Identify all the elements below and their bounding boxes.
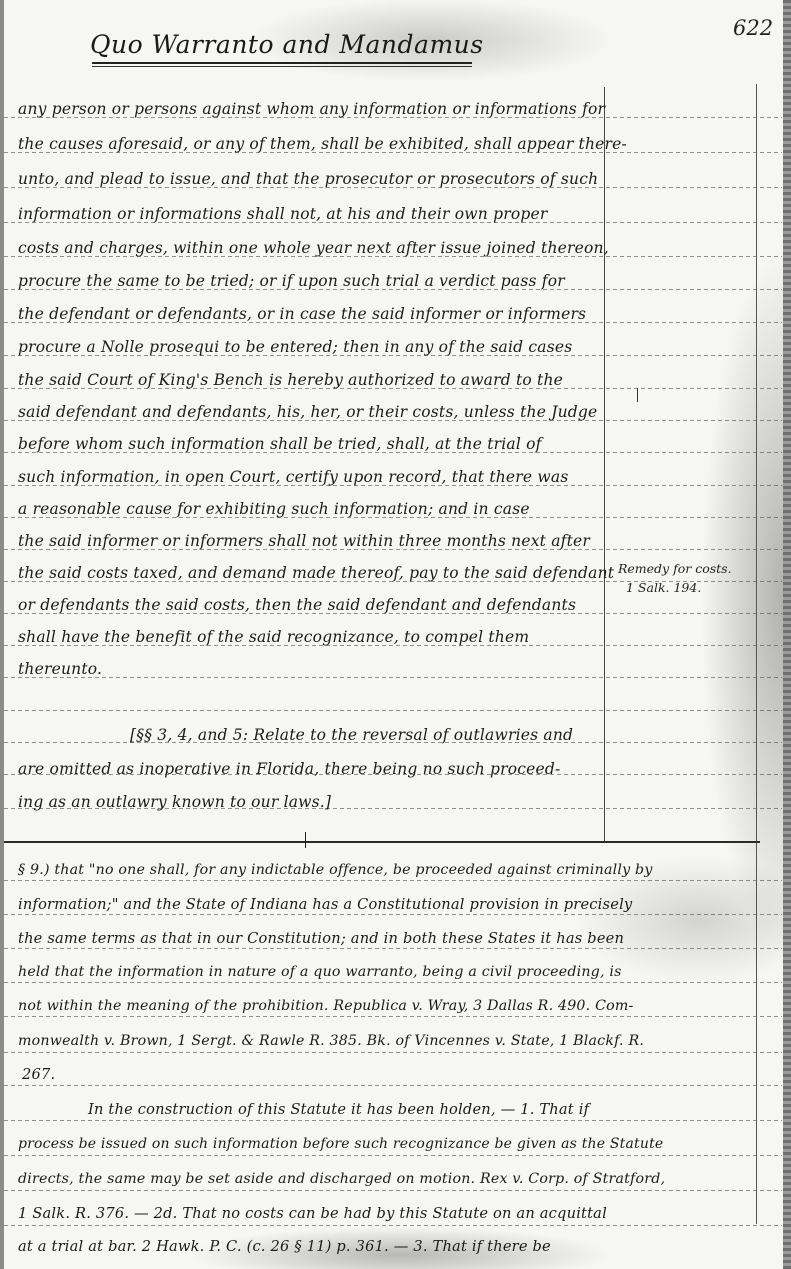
right-border-line	[756, 84, 757, 1224]
page-title: Quo Warranto and Mandamus	[90, 30, 484, 59]
section-divider	[4, 841, 760, 843]
text-line: before whom such information shall be tr…	[18, 435, 542, 453]
margin-column-line	[604, 87, 605, 842]
text-line: such information, in open Court, certify…	[18, 468, 568, 486]
manuscript-page: Quo Warranto and Mandamus 622 any person…	[0, 0, 791, 1269]
text-line: at a trial at bar. 2 Hawk. P. C. (c. 26 …	[18, 1238, 551, 1255]
text-line: any person or persons against whom any i…	[18, 100, 605, 118]
text-line: information;" and the State of Indiana h…	[18, 896, 632, 913]
margin-note-remedy: Remedy for costs.	[618, 561, 732, 576]
text-line: not within the meaning of the prohibitio…	[18, 998, 634, 1014]
omitted-sections-note: are omitted as inoperative in Florida, t…	[18, 760, 561, 778]
divider-tick-mark	[305, 832, 306, 848]
text-line: In the construction of this Statute it h…	[88, 1101, 589, 1118]
text-line: the said costs taxed, and demand made th…	[18, 564, 614, 582]
text-line: 267.	[22, 1066, 55, 1083]
text-line: procure the same to be tried; or if upon…	[18, 272, 565, 290]
text-line: the same terms as that in our Constituti…	[18, 930, 624, 947]
scan-left-edge	[0, 0, 4, 1269]
scan-right-edge	[783, 0, 791, 1269]
page-number: 622	[733, 16, 773, 40]
text-line: directs, the same may be set aside and d…	[18, 1171, 665, 1187]
margin-note-citation: 1 Salk. 194.	[626, 580, 701, 595]
omitted-sections-note: [§§ 3, 4, and 5: Relate to the reversal …	[130, 726, 573, 744]
text-line: a reasonable cause for exhibiting such i…	[18, 500, 530, 518]
omitted-sections-note: ing as an outlawry known to our laws.]	[18, 793, 331, 811]
title-underline	[92, 62, 472, 64]
text-line: shall have the benefit of the said recog…	[18, 628, 529, 646]
title-underline-second	[92, 66, 472, 67]
text-line: thereunto.	[18, 660, 102, 678]
text-line: unto, and plead to issue, and that the p…	[18, 170, 598, 188]
text-line: the said informer or informers shall not…	[18, 532, 590, 550]
text-line: the said Court of King's Bench is hereby…	[18, 371, 563, 389]
text-line: said defendant and defendants, his, her,…	[18, 403, 597, 421]
text-line: or defendants the said costs, then the s…	[18, 596, 576, 614]
text-line: costs and charges, within one whole year…	[18, 239, 609, 257]
margin-tick-mark	[637, 388, 638, 402]
text-line: § 9.) that "no one shall, for any indict…	[18, 862, 653, 878]
text-line: monwealth v. Brown, 1 Sergt. & Rawle R. …	[18, 1033, 644, 1049]
text-line: held that the information in nature of a…	[18, 964, 622, 980]
text-line: the defendant or defendants, or in case …	[18, 305, 586, 323]
text-line: process be issued on such information be…	[18, 1136, 663, 1152]
text-line: the causes aforesaid, or any of them, sh…	[18, 135, 627, 153]
text-line: information or informations shall not, a…	[18, 205, 547, 223]
text-line: 1 Salk. R. 376. — 2d. That no costs can …	[18, 1205, 607, 1222]
text-line: procure a Nolle prosequi to be entered; …	[18, 338, 572, 356]
